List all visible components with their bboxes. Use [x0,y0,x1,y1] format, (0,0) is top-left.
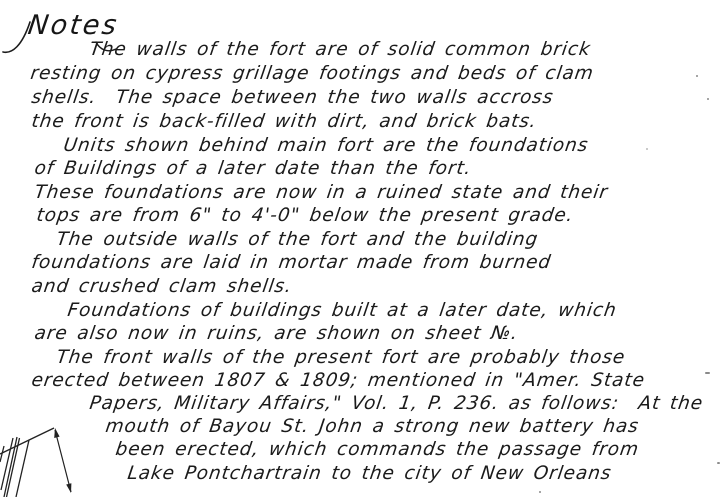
scan-speck [717,462,720,464]
scan-speck [707,98,709,100]
note-line: are also now in ruins, are shown on shee… [33,322,520,345]
note-line: erected between 1807 & 1809; mentioned i… [30,369,646,392]
scan-speck [646,148,648,150]
note-line: Papers, Military Affairs," Vol. 1, P. 23… [88,392,705,415]
note-line: mouth of Bayou St. John a strong new bat… [104,415,640,438]
note-line: The front walls of the present fort are … [55,346,627,369]
note-line: been erected, which commands the passage… [114,438,641,461]
note-line: foundations are laid in mortar made from… [30,251,553,274]
note-line: These foundations are now in a ruined st… [33,181,610,204]
scan-speck [696,75,698,77]
note-line: The outside walls of the fort and the bu… [55,228,540,251]
note-line: and crushed clam shells. [30,275,293,298]
scan-speck [539,491,541,493]
note-line: The walls of the fort are of solid commo… [88,38,592,61]
note-line: Foundations of buildings built at a late… [66,299,618,322]
document-page: Notes The walls of the fort are of solid… [0,0,728,497]
note-line: the front is back-filled with dirt, and … [30,110,538,133]
scan-speck [705,372,710,374]
note-line: tops are from 6" to 4'-0" below the pres… [35,204,575,227]
note-line: Lake Pontchartrain to the city of New Or… [126,462,613,485]
note-line: shells. The space between the two walls … [30,86,555,109]
note-line: of Buildings of a later date than the fo… [33,157,473,180]
note-line: Units shown behind main fort are the fou… [62,134,590,157]
note-line: resting on cypress grillage footings and… [29,62,595,85]
plan-drawing-fragment [0,420,90,497]
